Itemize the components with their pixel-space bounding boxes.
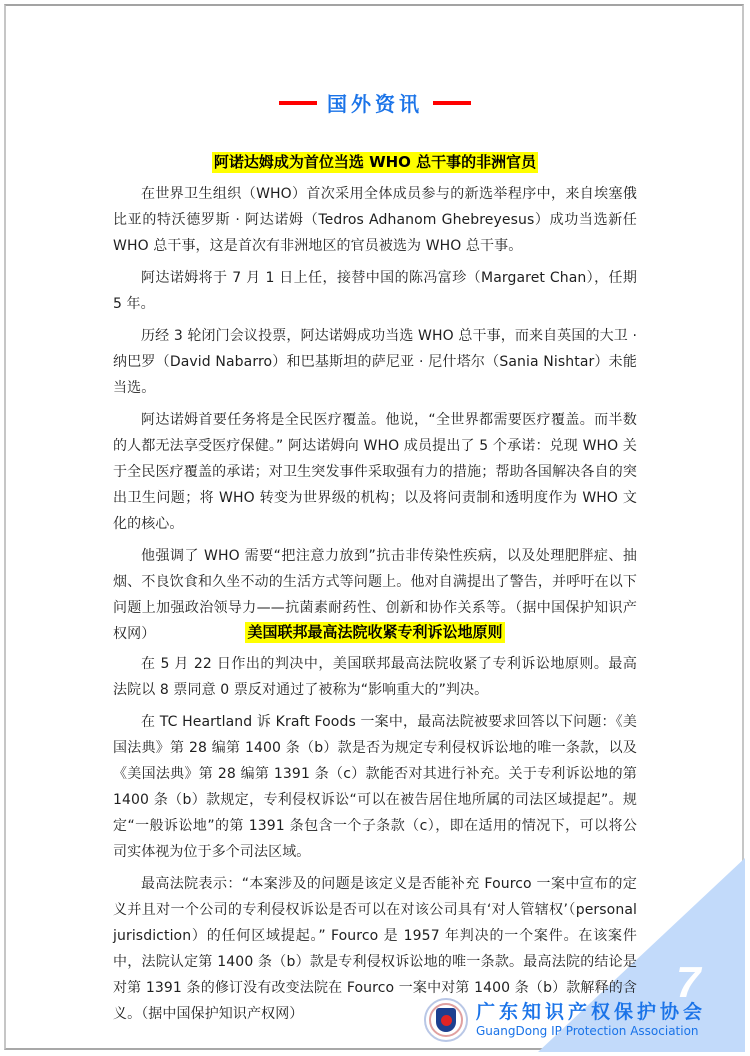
article-paragraph: 阿达诺姆首要任务将是全民医疗覆盖。他说，“全世界都需要医疗覆盖。而半数的人都无法… [113, 407, 637, 537]
section-rule-left [279, 101, 317, 105]
article-who: 阿诺达姆成为首位当选 WHO 总干事的非洲官员 在世界卫生组织（WHO）首次采用… [113, 152, 637, 653]
article-paragraph: 在 5 月 22 日作出的判决中，美国联邦最高法院收紧了专利诉讼地原则。最高法院… [113, 651, 637, 703]
org-name-en: GuangDong IP Protection Association [476, 1023, 706, 1039]
article-paragraph: 在 TC Heartland 诉 Kraft Foods 一案中，最高法院被要求… [113, 709, 637, 865]
section-title: 国外资讯 [325, 88, 425, 117]
article-paragraph: 历经 3 轮闭门会议投票，阿达诺姆成功当选 WHO 总干事，而来自英国的大卫 ·… [113, 323, 637, 401]
article-paragraph: 阿达诺姆将于 7 月 1 日上任，接替中国的陈冯富珍（Margaret Chan… [113, 265, 637, 317]
footer-logo: 广东知识产权保护协会 GuangDong IP Protection Assoc… [424, 998, 706, 1042]
association-emblem-icon [424, 998, 468, 1042]
org-name-cn: 广东知识产权保护协会 [476, 1001, 706, 1023]
section-header: 国外资讯 [0, 88, 750, 117]
article-headline: 阿诺达姆成为首位当选 WHO 总干事的非洲官员 [212, 152, 538, 173]
article-paragraph: 在世界卫生组织（WHO）首次采用全体成员参与的新选举程序中，来自埃塞俄比亚的特沃… [113, 181, 637, 259]
article-us-supreme-court: 美国联邦最高法院收紧专利诉讼地原则 在 5 月 22 日作出的判决中，美国联邦最… [113, 622, 637, 1033]
section-rule-right [433, 101, 471, 105]
article-headline: 美国联邦最高法院收紧专利诉讼地原则 [245, 622, 504, 643]
